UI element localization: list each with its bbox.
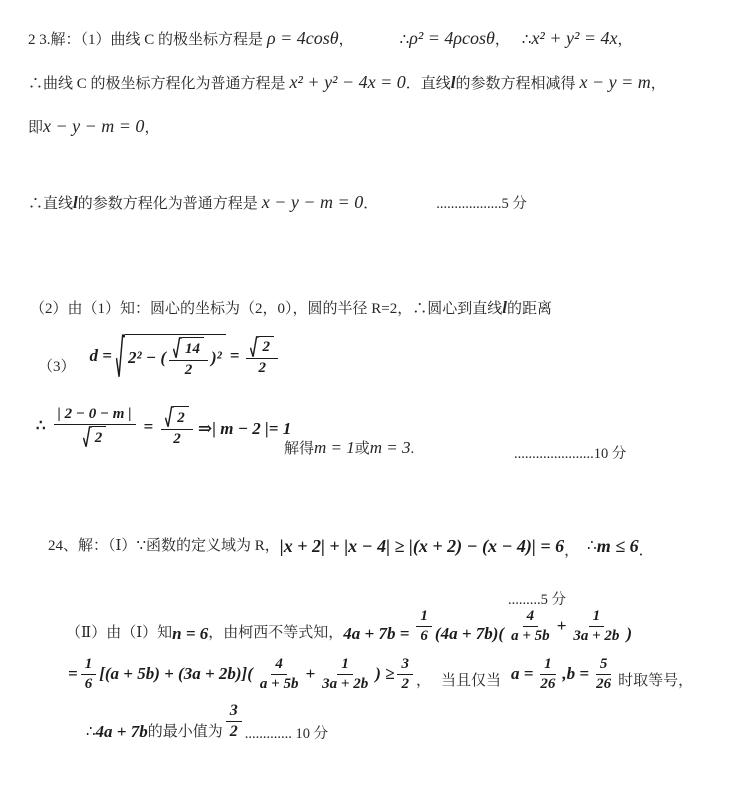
comma: ， — [495, 32, 510, 48]
therefore-icon: ∴ — [28, 196, 43, 212]
cauchy-text: ，由柯西不等式知， — [208, 623, 343, 645]
convert-text: 的参数方程化为普通方程是 — [78, 196, 258, 212]
fraction-denominator: a + 5b — [256, 675, 303, 693]
part2-text: （2）由（1）知：圆心的坐标为（2，0），圆的半径 R=2， — [30, 301, 412, 317]
distance-formula: d = 2² − ( 14 2 — [90, 334, 281, 378]
distance-text-2: 的距离 — [507, 301, 552, 317]
fraction-denominator: 6 — [81, 675, 97, 693]
fraction-denominator: a + 5b — [507, 627, 554, 645]
score-leader-5pts: ..................5 分 — [436, 196, 527, 212]
right-fraction: 2 2 — [161, 406, 193, 447]
distance-text: 圆心到直线 — [427, 301, 502, 317]
radicand-post: )² — [211, 348, 222, 368]
squared-polar-formula: ρ² = 4ρcosθ — [409, 28, 495, 48]
radical-sign-icon — [116, 334, 125, 378]
line-equation-formula: x − y = m — [580, 72, 651, 92]
q24-cauchy-line-1: （Ⅱ）由（Ⅰ）知n = 6，由柯西不等式知， 4a + 7b = 16 (4a … — [66, 608, 632, 645]
radicand: 2² − ( 14 2 )² — [125, 334, 226, 378]
radical-sign-icon — [250, 336, 259, 358]
formula-lead: 4a + 7b = — [343, 624, 409, 644]
sqrt-2: 2 — [83, 426, 107, 448]
domain-text: 函数的定义域为 R， — [146, 536, 280, 558]
n-equals-6: n = 6 — [172, 624, 208, 644]
comma: ， — [144, 120, 159, 136]
comma: ， — [339, 32, 354, 48]
sqrt-2: 2 — [250, 336, 274, 358]
comma: ， — [416, 671, 431, 693]
fraction-numerator: 2 — [161, 406, 193, 430]
fraction-numerator: 2 — [246, 336, 278, 360]
curve-equation-formula: x² + y² − 4x = 0 — [290, 72, 406, 92]
fraction-numerator: 1 — [81, 656, 97, 675]
line-l-text: ．直线 — [406, 76, 451, 92]
q24-cauchy-line-2: = 16 [(a + 5b) + (3a + 2b)]( 4a + 5b + 1… — [68, 656, 693, 693]
fraction-numerator: 14 — [169, 337, 208, 361]
q23-distance-formula-line: （3） d = 2² − ( 14 — [38, 334, 281, 378]
fraction-denominator: 2 — [254, 359, 270, 377]
fraction-1-6: 16 — [81, 656, 97, 693]
period: ． — [363, 196, 378, 212]
fraction-numerator: 1 — [337, 656, 353, 675]
implies-formula: ⇒| m − 2 |= 1 — [198, 419, 291, 439]
fraction-numerator: 3 — [397, 656, 413, 675]
fraction-1-6: 16 — [416, 608, 432, 645]
therefore-icon: ∴ — [400, 32, 410, 48]
ji-text: 即 — [28, 120, 43, 136]
fraction-1-3a2b: 13a + 2b — [569, 608, 623, 645]
fraction-denominator: 26 — [592, 675, 615, 693]
equals-sign: = — [144, 417, 154, 437]
fraction-numerator: 4 — [523, 608, 539, 627]
radicand-2: 2 — [92, 426, 107, 448]
therefore-icon: ∴ — [412, 301, 427, 317]
fraction-numerator: 5 — [596, 656, 612, 675]
curve-text: 曲线 C 的极坐标方程化为普通方程是 — [43, 76, 286, 92]
q24-minimum-line: ∴4a + 7b的最小值为 32 ............. 10 分 — [86, 702, 328, 741]
fraction-1-3a2b: 13a + 2b — [318, 656, 372, 693]
fraction-1-26: 126 — [536, 656, 559, 693]
fraction-numerator: 1 — [540, 656, 556, 675]
part2-intro-text: （Ⅱ）由（Ⅰ）知 — [66, 623, 172, 645]
close-paren: ) — [626, 624, 632, 644]
comma: ， — [651, 76, 666, 92]
q23-line-ji: 即x − y − m = 0， — [28, 116, 159, 140]
formula-lead: d = — [90, 346, 112, 366]
radical-sign-icon — [83, 426, 92, 448]
plus-sign: + — [557, 616, 567, 636]
inner-fraction: 14 2 — [169, 337, 208, 378]
radicand-14: 14 — [182, 337, 204, 359]
result-fraction: 2 2 — [246, 336, 278, 377]
q24-part1-line: 24、解：（Ⅰ）∵函数的定义域为 R， |x + 2| + |x − 4| ≥ … — [48, 536, 654, 558]
fraction-denominator: 6 — [416, 627, 432, 645]
left-fraction: | 2 − 0 − m | 2 — [54, 406, 136, 447]
bracket-factor: [(a + 5b) + (3a + 2b)]( — [99, 664, 253, 684]
q23-intro-text: 2 3.解：（1）曲线 C 的极坐标方程是 — [28, 32, 263, 48]
final-line-equation-formula: x − y − m = 0 — [262, 192, 363, 212]
radicand-pre: 2² − ( — [128, 348, 166, 368]
radicand-2: 2 — [259, 336, 274, 358]
line-equation-zero-formula: x − y − m = 0 — [43, 116, 144, 136]
geq-sign: ) ≥ — [375, 664, 394, 684]
fraction-4-a5b: 4a + 5b — [507, 608, 554, 645]
b-lead: ,b = — [562, 664, 589, 684]
comma: ， — [564, 541, 579, 563]
big-square-root: 2² − ( 14 2 )² — [116, 334, 226, 378]
radical-sign-icon — [173, 337, 182, 359]
solution-m3: m = 3 — [370, 438, 411, 457]
therefore-icon: ∴ — [522, 32, 532, 48]
middle-factor: (4a + 7b)( — [435, 624, 504, 644]
period: ． — [639, 541, 654, 563]
equality-condition-text: 时取等号， — [618, 671, 693, 693]
minimum-text: 的最小值为 — [148, 722, 223, 744]
fraction-numerator: 1 — [416, 608, 432, 627]
comma: ， — [618, 32, 633, 48]
score-leader-10pts: ............. 10 分 — [245, 722, 328, 743]
solution-text: 解得m = 1或m = 3. — [284, 438, 414, 461]
fraction-numerator: 1 — [589, 608, 605, 627]
q24-intro-text: 24、解：（Ⅰ） — [48, 536, 136, 558]
fraction-denominator: 2 — [169, 430, 185, 448]
q23-line-ordinary-equation: ∴曲线 C 的极坐标方程化为普通方程是 x² + y² − 4x = 0．直线l… — [28, 72, 666, 96]
fraction-denominator: 26 — [536, 675, 559, 693]
fraction-denominator: 2 — [226, 722, 242, 741]
sqrt-14: 14 — [173, 337, 204, 359]
iff-text: 当且仅当 — [441, 671, 501, 693]
param-text: 的参数方程相减得 — [455, 76, 575, 92]
math-solution-document: 2 3.解：（1）曲线 C 的极坐标方程是 ρ = 4cosθ， ∴ρ² = 4… — [0, 0, 752, 802]
q23-solve-m-line: ∴ | 2 − 0 − m | 2 = 2 2 — [36, 406, 726, 470]
fraction-numerator: 3 — [226, 702, 242, 722]
item-3-label: （3） — [38, 357, 76, 379]
plus-sign: + — [305, 664, 315, 684]
sqrt-2: 2 — [165, 406, 189, 428]
fraction-5-26: 526 — [592, 656, 615, 693]
solve-label: 解得 — [284, 441, 314, 457]
m-leq-6-formula: m ≤ 6 — [597, 536, 639, 557]
fraction-denominator: 2 — [181, 361, 197, 379]
fraction-numerator: 4 — [271, 656, 287, 675]
therefore-icon: ∴ — [28, 76, 43, 92]
or-text: 或 — [355, 441, 370, 457]
fraction-denominator: 2 — [397, 675, 413, 693]
because-icon: ∵ — [136, 536, 146, 558]
score-leader-5pts: .........5 分 — [508, 592, 566, 608]
cartesian-formula: x² + y² = 4x — [531, 28, 617, 48]
solution-m1: m = 1 — [314, 438, 355, 457]
a-lead: a = — [511, 664, 533, 684]
absolute-value-inequality: |x + 2| + |x − 4| ≥ |(x + 2) − (x − 4)| … — [280, 536, 564, 557]
score-leader-10pts: ......................10 分 — [514, 442, 626, 463]
line-text: 直线 — [43, 196, 73, 212]
equals-sign: = — [230, 346, 240, 366]
fraction-3-2: 32 — [226, 702, 242, 741]
q23-line-conclusion-5pts: ∴直线l的参数方程化为普通方程是 x − y − m = 0． ........… — [28, 192, 527, 216]
fraction-denominator: 3a + 2b — [318, 675, 372, 693]
radical-sign-icon — [165, 406, 174, 428]
distance-equation: ∴ | 2 − 0 − m | 2 = 2 2 — [36, 406, 196, 447]
objective-formula: 4a + 7b — [96, 722, 148, 742]
fraction-3-2: 32 — [397, 656, 413, 693]
polar-equation-formula: ρ = 4cosθ — [267, 28, 339, 48]
therefore-icon: ∴ — [86, 722, 96, 744]
q24-score-line-5pts: .........5 分 — [508, 588, 566, 609]
q23-part2-intro: （2）由（1）知：圆心的坐标为（2，0），圆的半径 R=2，∴圆心到直线l的距离 — [30, 298, 552, 321]
fraction-denominator: 2 — [79, 425, 111, 448]
therefore-icon: ∴ — [587, 536, 597, 558]
radicand-2: 2 — [174, 406, 189, 428]
period: . — [411, 441, 415, 457]
equals-sign: = — [68, 664, 78, 684]
fraction-4-a5b: 4a + 5b — [256, 656, 303, 693]
therefore-icon: ∴ — [36, 416, 46, 438]
fraction-denominator: 3a + 2b — [569, 627, 623, 645]
q23-line-polar-equation: 2 3.解：（1）曲线 C 的极坐标方程是 ρ = 4cosθ， ∴ρ² = 4… — [28, 28, 633, 52]
fraction-numerator: | 2 − 0 − m | — [54, 406, 136, 425]
